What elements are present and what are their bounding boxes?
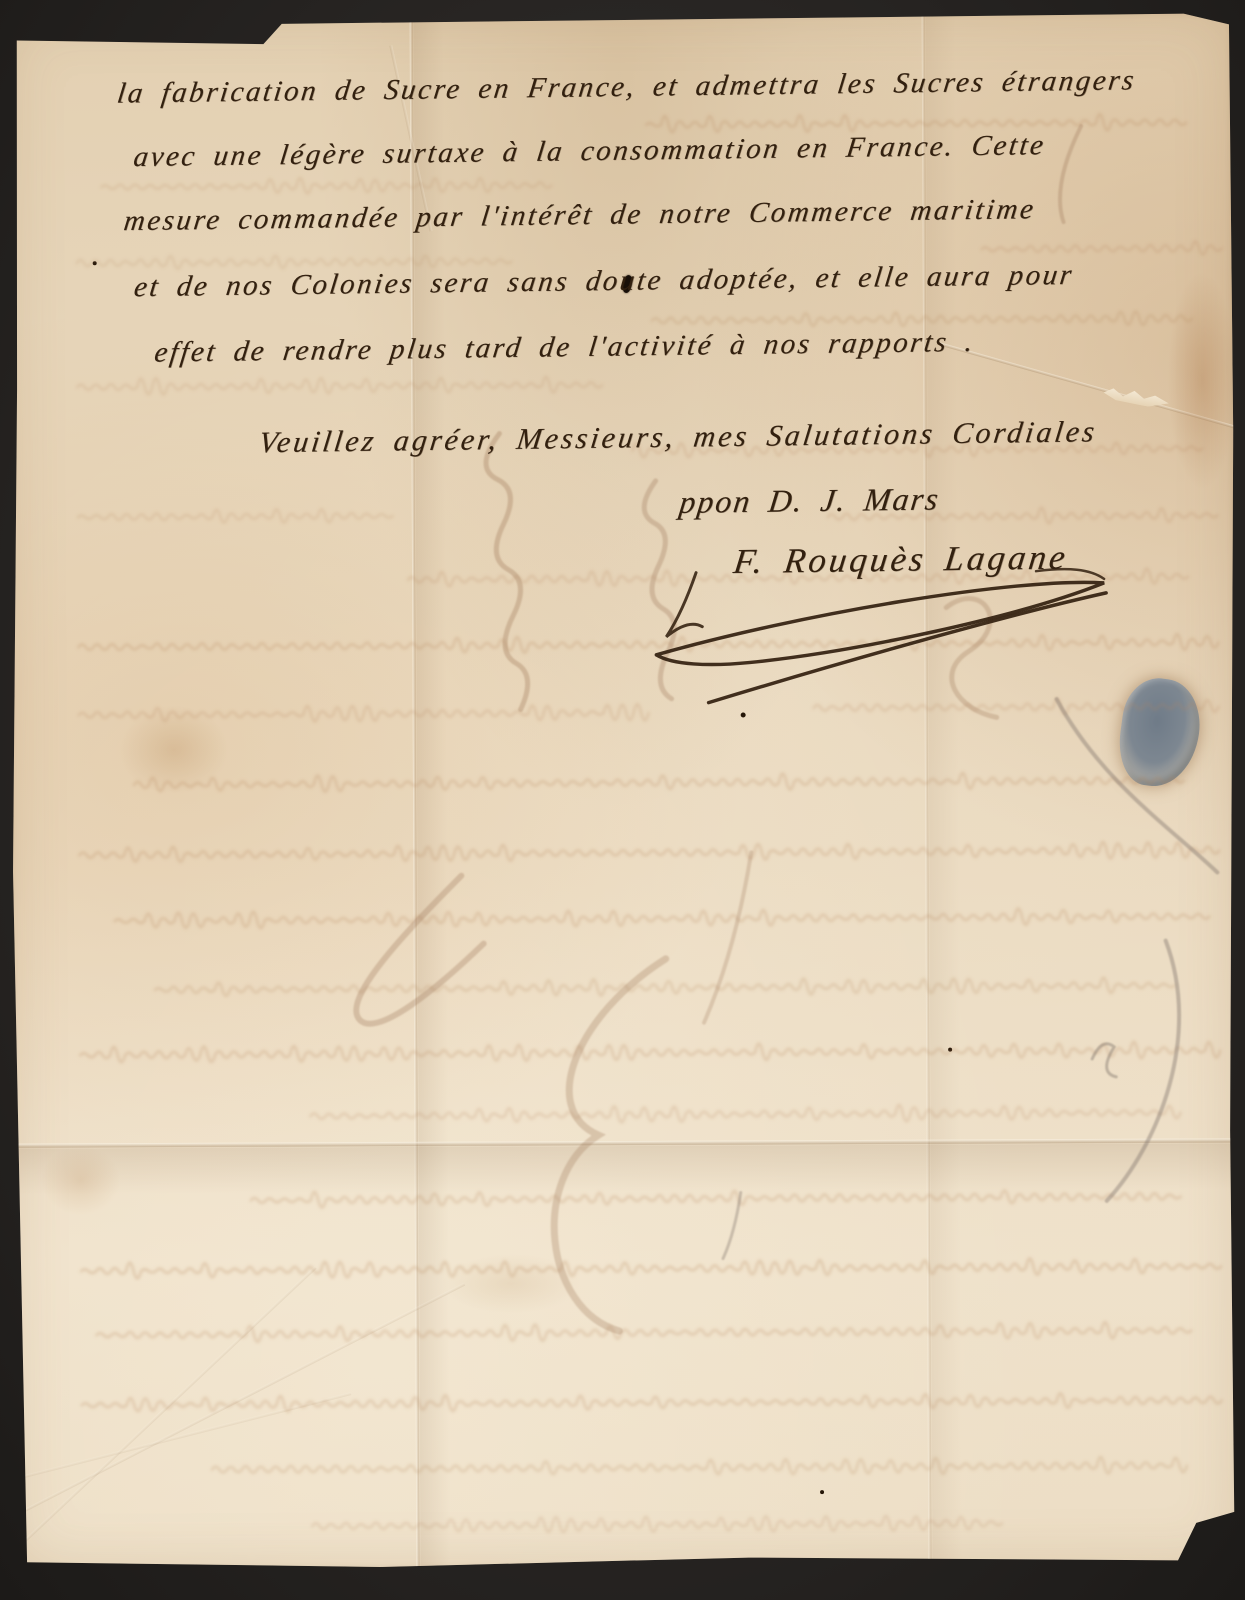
- horizontal-fold-shadow: [11, 1143, 1238, 1194]
- foxing-stain-bottom-center: [441, 1253, 581, 1314]
- show-through-rows: [76, 113, 1227, 1534]
- vertical-fold-right-shadow: [926, 12, 963, 1568]
- letter-scan: la fabrication de Sucre en France, et ad…: [0, 0, 1245, 1600]
- radiating-crease-1: [1, 1283, 465, 1524]
- handwriting-line-1: la fabrication de Sucre en France, et ad…: [115, 64, 1138, 110]
- handwriting-line-5: effet de rendre plus tard de l'activité …: [152, 326, 977, 370]
- vertical-fold-left-shadow: [414, 14, 451, 1570]
- foxing-stain-bottom-left: [41, 1145, 121, 1215]
- closing-line: Veuillez agréer, Messieurs, mes Salutati…: [257, 415, 1099, 460]
- ink-speck-3: [93, 261, 97, 265]
- signature-procuration: ppon D. J. Mars: [677, 480, 942, 520]
- foxing-stain-left: [119, 705, 229, 795]
- signature-paraph: [656, 569, 1107, 703]
- seal-residue: [1114, 674, 1206, 792]
- radiating-crease-3: [2, 1392, 352, 1484]
- handwriting-line-3: mesure commandée par l'intérêt de notre …: [122, 193, 1038, 238]
- ink-speck-2: [948, 1048, 952, 1052]
- handwriting-line-2: avec une légère surtaxe à la consommatio…: [132, 129, 1048, 174]
- ink-speck-4: [820, 1490, 824, 1494]
- letter-paper: la fabrication de Sucre en France, et ad…: [6, 10, 1240, 1571]
- ink-speck-1: [741, 712, 746, 717]
- foxing-stain-right-edge: [1167, 270, 1238, 490]
- signature-name: F. Rouquès Lagane: [731, 538, 1070, 582]
